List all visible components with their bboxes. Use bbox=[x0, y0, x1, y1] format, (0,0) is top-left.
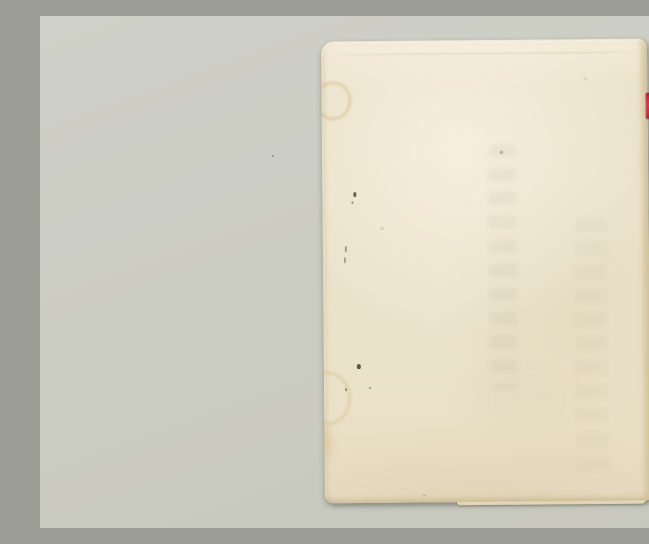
ink-showthrough-patch bbox=[444, 339, 625, 461]
ink-speck bbox=[353, 192, 356, 197]
ink-speck bbox=[351, 201, 353, 204]
top-crease-line bbox=[323, 52, 645, 56]
ink-speck bbox=[345, 388, 347, 391]
yellow-stain-bottom-left bbox=[321, 413, 345, 471]
photo-of-book-back-cover bbox=[40, 16, 649, 528]
backdrop-dust-speck bbox=[272, 155, 274, 157]
ink-speck bbox=[357, 364, 361, 369]
ring-stain-top-left bbox=[321, 81, 352, 120]
ink-speck bbox=[345, 246, 347, 252]
red-fore-edge-tab bbox=[645, 93, 649, 119]
foxing-dot bbox=[423, 495, 426, 497]
ink-speck bbox=[369, 387, 371, 389]
cover-paper-surface bbox=[321, 39, 649, 504]
foxing-dot bbox=[381, 227, 384, 230]
book-back-cover bbox=[321, 39, 649, 504]
foxing-dot bbox=[583, 77, 587, 80]
ink-speck bbox=[500, 151, 503, 154]
ink-speck bbox=[344, 257, 346, 263]
